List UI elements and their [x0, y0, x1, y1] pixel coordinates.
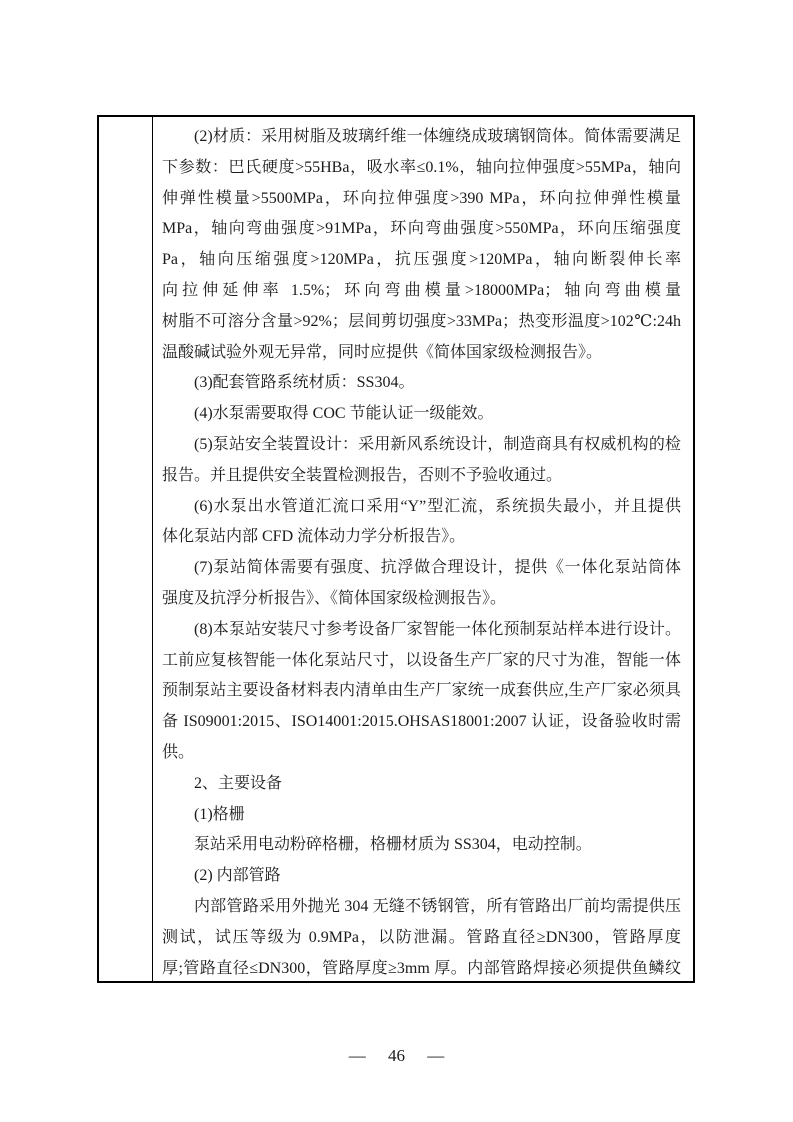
- text-line: 报告。并且提供安全装置检测报告，否则不予验收通过。: [162, 461, 681, 492]
- text-line: 强度及抗浮分析报告》、《简体国家级检测报告》。: [162, 584, 681, 615]
- text-line: (3)配套管路系统材质：SS304。: [162, 368, 681, 399]
- text-line: 供。: [162, 738, 681, 769]
- text-line: 下参数：巴氏硬度>55HBa，吸水率≤0.1%，轴向拉伸强度>55MPa，轴向拉: [162, 153, 681, 184]
- page-number: 46: [388, 1046, 405, 1066]
- footer-left-dash: —: [349, 1046, 366, 1066]
- table-main-cell: (2)材质：采用树脂及玻璃纤维一体缠绕成玻璃钢筒体。简体需要满足一下参数：巴氏硬…: [153, 117, 693, 981]
- text-line: (2) 内部管路: [162, 861, 681, 892]
- text-line: 预制泵站主要设备材料表内清单由生产厂家统一成套供应,生产厂家必须具: [162, 676, 681, 707]
- text-line: (8)本泵站安装尺寸参考设备厂家智能一体化预制泵站样本进行设计。施: [162, 615, 681, 646]
- text-line: 工前应复核智能一体化泵站尺寸，以设备生产厂家的尺寸为准，智能一体化: [162, 646, 681, 677]
- text-line: 树脂不可溶分含量>92%；层间剪切强度>33MPa；热变形温度>102℃:24h…: [162, 307, 681, 338]
- text-line: 体化泵站内部 CFD 流体动力学分析报告》。: [162, 522, 681, 553]
- text-line: (1)格栅: [162, 800, 681, 831]
- page-footer: — 46 —: [0, 1046, 793, 1066]
- footer-right-dash: —: [427, 1046, 444, 1066]
- text-line: Pa，轴向压缩强度>120MPa，抗压强度>120MPa，轴向断裂伸长率>1.0…: [162, 245, 681, 276]
- text-line: 伸弹性模量>5500MPa，环向拉伸强度>390 MPa，环向拉伸弹性模量>22…: [162, 184, 681, 215]
- text-line: 厚;管路直径≤DN300，管路厚度≥3mm 厚。内部管路焊接必须提供鱼鳞纹内: [162, 954, 681, 981]
- table-left-column-cell: [99, 117, 153, 981]
- content-table: (2)材质：采用树脂及玻璃纤维一体缠绕成玻璃钢筒体。简体需要满足一下参数：巴氏硬…: [97, 115, 695, 983]
- text-line: (5)泵站安全装置设计：采用新风系统设计，制造商具有权威机构的检测: [162, 430, 681, 461]
- text-line: (2)材质：采用树脂及玻璃纤维一体缠绕成玻璃钢筒体。简体需要满足一: [162, 122, 681, 153]
- text-line: 2、主要设备: [162, 769, 681, 800]
- text-line: (6)水泵出水管道汇流口采用“Y”型汇流，系统损失最小，并且提供《一: [162, 492, 681, 523]
- document-page: (2)材质：采用树脂及玻璃纤维一体缠绕成玻璃钢筒体。简体需要满足一下参数：巴氏硬…: [0, 0, 793, 1122]
- text-line: 向拉伸延伸率 1.5%；环向弯曲模量>18000MPa；轴向弯曲模量≥9400M…: [162, 276, 681, 307]
- text-line: MPa，轴向弯曲强度>91MPa，环向弯曲强度>550MPa，环向压缩强度>31…: [162, 214, 681, 245]
- text-line: (7)泵站简体需要有强度、抗浮做合理设计，提供《一体化泵站筒体 FEA: [162, 553, 681, 584]
- text-line: 温酸碱试验外观无异常，同时应提供《简体国家级检测报告》。: [162, 338, 681, 369]
- text-line: (4)水泵需要取得 COC 节能认证一级能效。: [162, 399, 681, 430]
- text-line: 内部管路采用外抛光 304 无缝不锈钢管，所有管路出厂前均需提供压力: [162, 892, 681, 923]
- text-line: 备 IS09001:2015、ISO14001:2015.OHSAS18001:…: [162, 707, 681, 738]
- text-line: 泵站采用电动粉碎格栅，格栅材质为 SS304，电动控制。: [162, 830, 681, 861]
- text-line: 测试，试压等级为 0.9MPa，以防泄漏。管路直径≥DN300，管路厚度>4mm: [162, 923, 681, 954]
